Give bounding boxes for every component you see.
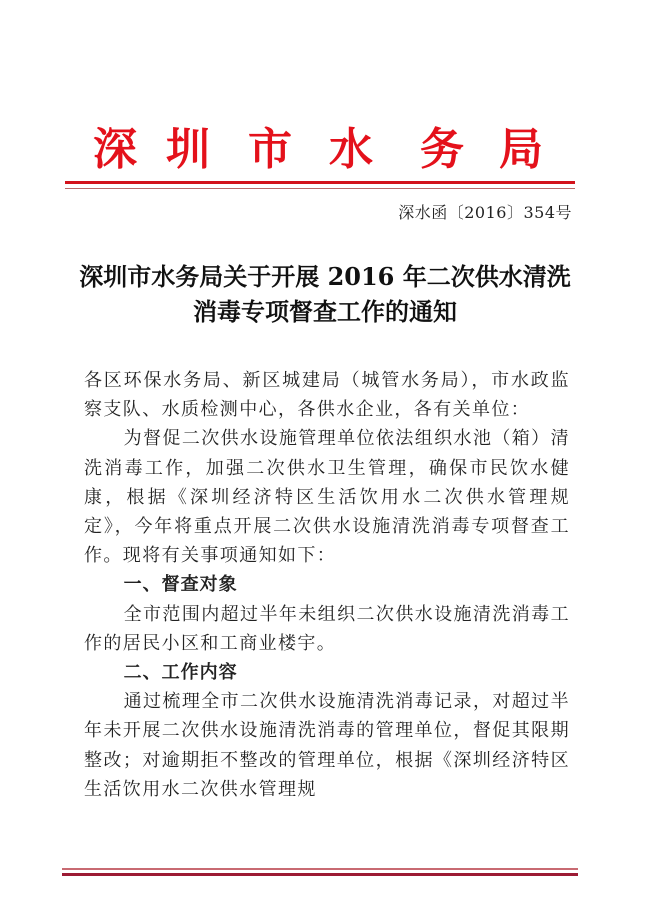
footer-divider-thin	[62, 868, 578, 870]
document-title: 深圳市水务局关于开展 2016 年二次供水清洗 消毒专项督查工作的通知	[60, 259, 590, 329]
letterhead-char: 圳	[165, 124, 211, 176]
letterhead-char: 局	[498, 124, 544, 176]
document-number: 深水函〔2016〕354号	[398, 203, 572, 223]
section-heading-1: 一、督查对象	[84, 570, 570, 599]
intro-paragraph: 为督促二次供水设施管理单位依法组织水池（箱）清洗消毒工作，加强二次供水卫生管理，…	[84, 424, 570, 570]
letterhead-char: 水	[328, 124, 374, 176]
letterhead-char: 深	[92, 124, 138, 176]
document-title-line-2: 消毒专项督查工作的通知	[60, 294, 590, 329]
document-page: 深 圳 市 水 务 局 深水函〔2016〕354号 深圳市水务局关于开展 201…	[0, 0, 650, 919]
document-body: 各区环保水务局、新区城建局（城管水务局），市水政监察支队、水质检测中心，各供水企…	[84, 366, 570, 804]
letterhead-divider-thick	[65, 181, 575, 184]
section-text-2: 通过梳理全市二次供水设施清洗消毒记录，对超过半年未开展二次供水设施清洗消毒的管理…	[84, 687, 570, 804]
letterhead: 深 圳 市 水 务 局	[0, 124, 650, 176]
letterhead-char: 务	[419, 124, 465, 176]
document-title-line-1: 深圳市水务局关于开展 2016 年二次供水清洗	[60, 259, 590, 294]
section-heading-2: 二、工作内容	[84, 658, 570, 687]
letterhead-divider-thin	[65, 188, 575, 189]
footer-divider-thick	[62, 873, 578, 876]
addressee: 各区环保水务局、新区城建局（城管水务局），市水政监察支队、水质检测中心，各供水企…	[84, 366, 570, 424]
section-text-1: 全市范围内超过半年未组织二次供水设施清洗消毒工作的居民小区和工商业楼宇。	[84, 600, 570, 658]
letterhead-char: 市	[247, 124, 293, 176]
